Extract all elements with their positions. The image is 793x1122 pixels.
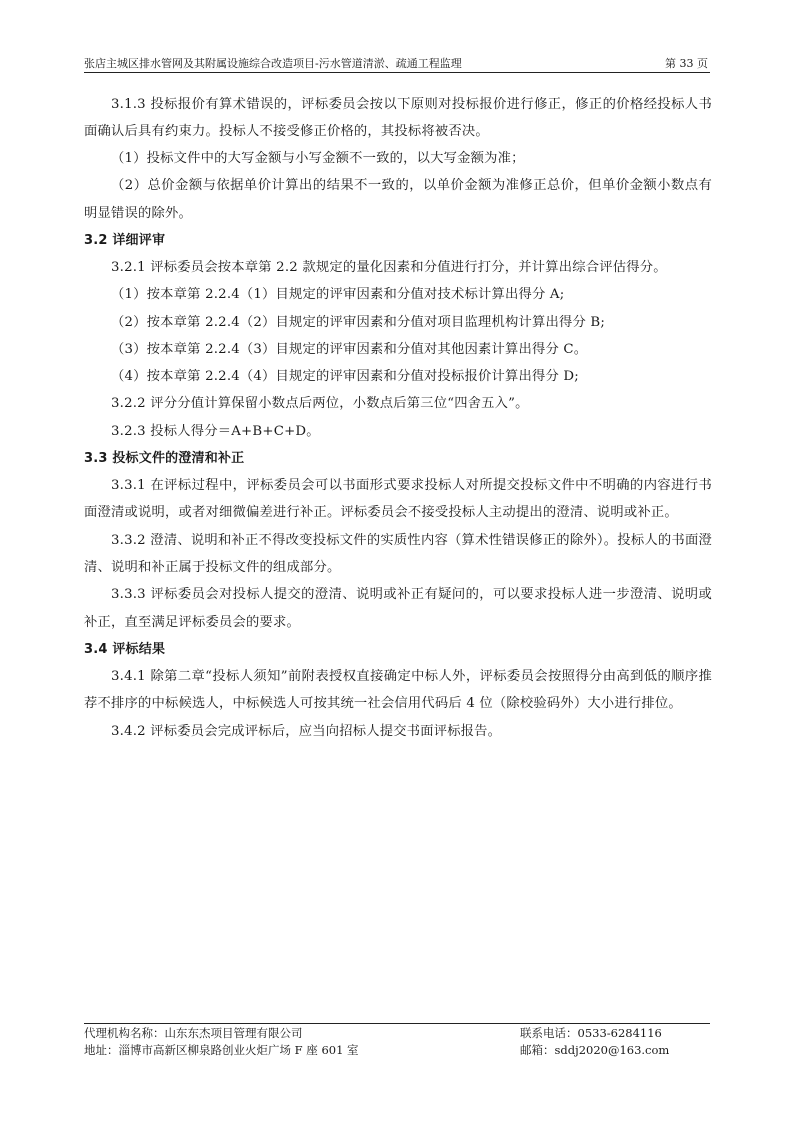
paragraph-3-3-3: 3.3.3 评标委员会对投标人提交的澄清、说明或补正有疑问的，可以要求投标人进一… bbox=[84, 581, 712, 636]
page-header: 张店主城区排水管网及其附属设施综合改造项目-污水管道清淤、疏通工程监理 第 33… bbox=[84, 56, 710, 73]
footer-agency-info: 代理机构名称：山东东杰项目管理有限公司 地址：淄博市高新区柳泉路创业火炬广场 F… bbox=[84, 1025, 359, 1059]
document-body: 3.1.3 投标报价有算术错误的，评标委员会按以下原则对投标报价进行修正，修正的… bbox=[84, 91, 712, 745]
list-item: （2）按本章第 2.2.4（2）目规定的评审因素和分值对项目监理机构计算出得分 … bbox=[84, 309, 712, 336]
list-item: （4）按本章第 2.2.4（4）目规定的评审因素和分值对投标报价计算出得分 D; bbox=[84, 363, 712, 390]
paragraph-3-4-2: 3.4.2 评标委员会完成评标后，应当向招标人提交书面评标报告。 bbox=[84, 718, 712, 745]
list-item: （2）总价金额与依据单价计算出的结果不一致的，以单价金额为准修正总价，但单价金额… bbox=[84, 172, 712, 227]
page-footer: 代理机构名称：山东东杰项目管理有限公司 地址：淄博市高新区柳泉路创业火炬广场 F… bbox=[84, 1023, 710, 1025]
document-title: 张店主城区排水管网及其附属设施综合改造项目-污水管道清淤、疏通工程监理 bbox=[84, 56, 462, 71]
footer-contact-info: 联系电话：0533-6284116 邮箱：sddj2020@163.com bbox=[520, 1025, 669, 1059]
paragraph-3-3-1: 3.3.1 在评标过程中，评标委员会可以书面形式要求投标人对所提交投标文件中不明… bbox=[84, 472, 712, 527]
paragraph-3-2-2: 3.2.2 评分分值计算保留小数点后两位，小数点后第三位“四舍五入”。 bbox=[84, 390, 712, 417]
agency-address: 地址：淄博市高新区柳泉路创业火炬广场 F 座 601 室 bbox=[84, 1042, 359, 1059]
section-heading-3-3: 3.3 投标文件的澄清和补正 bbox=[84, 445, 712, 472]
contact-phone: 联系电话：0533-6284116 bbox=[520, 1025, 669, 1042]
section-heading-3-4: 3.4 评标结果 bbox=[84, 636, 712, 663]
list-item: （1）投标文件中的大写金额与小写金额不一致的，以大写金额为准； bbox=[84, 145, 712, 172]
paragraph-3-4-1: 3.4.1 除第二章“投标人须知”前附表授权直接确定中标人外，评标委员会按照得分… bbox=[84, 663, 712, 718]
paragraph-3-2-3: 3.2.3 投标人得分＝A+B+C+D。 bbox=[84, 418, 712, 445]
page-number: 第 33 页 bbox=[665, 56, 708, 71]
list-item: （1）按本章第 2.2.4（1）目规定的评审因素和分值对技术标计算出得分 A; bbox=[84, 281, 712, 308]
agency-name: 代理机构名称：山东东杰项目管理有限公司 bbox=[84, 1025, 359, 1042]
paragraph-3-1-3: 3.1.3 投标报价有算术错误的，评标委员会按以下原则对投标报价进行修正，修正的… bbox=[84, 91, 712, 146]
list-item: （3）按本章第 2.2.4（3）目规定的评审因素和分值对其他因素计算出得分 C。 bbox=[84, 336, 712, 363]
contact-email: 邮箱：sddj2020@163.com bbox=[520, 1042, 669, 1059]
paragraph-3-2-1: 3.2.1 评标委员会按本章第 2.2 款规定的量化因素和分值进行打分，并计算出… bbox=[84, 254, 712, 281]
section-heading-3-2: 3.2 详细评审 bbox=[84, 227, 712, 254]
paragraph-3-3-2: 3.3.2 澄清、说明和补正不得改变投标文件的实质性内容（算术性错误修正的除外）… bbox=[84, 527, 712, 582]
